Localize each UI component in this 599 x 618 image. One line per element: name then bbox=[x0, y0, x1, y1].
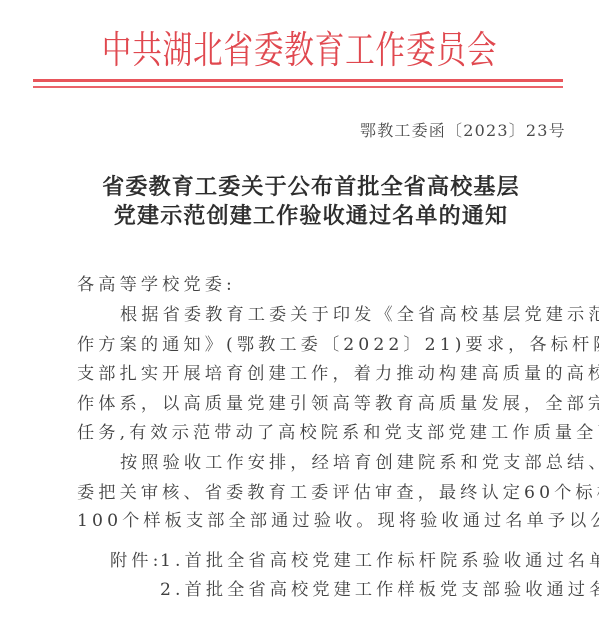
attachment-item-1: 1.首批全省高校党建工作标杆院系验收通过名单 bbox=[160, 546, 599, 576]
letterhead-rule-thick bbox=[33, 79, 563, 82]
document-title-line-2: 党建示范创建工作验收通过名单的通知 bbox=[0, 201, 599, 231]
letterhead-rule-thin bbox=[33, 86, 563, 88]
paragraph-line: 作体系，以高质量党建引领高等教育高质量发展，全部完成创建 bbox=[77, 389, 599, 419]
attachments-label: 附件: bbox=[110, 546, 162, 576]
paragraph-line: 作方案的通知》(鄂教工委〔2022〕21)要求，各标杆院系和样板 bbox=[77, 330, 599, 360]
paragraph-line: 委把关审核、省委教育工委评估审查，最终认定60个标杆院系和 bbox=[77, 478, 599, 508]
paragraph-line: 100个样板支部全部通过验收。现将验收通过名单予以公布。 bbox=[77, 506, 599, 536]
paragraph-line: 任务,有效示范带动了高校院系和党支部党建工作质量全面提升。 bbox=[77, 418, 599, 448]
document-number: 鄂教工委函〔2023〕23号 bbox=[360, 119, 566, 143]
letterhead-text: 中共湖北省委教育工作委员会 bbox=[102, 24, 497, 76]
salutation: 各高等学校党委: bbox=[77, 270, 236, 300]
attachment-item-2: 2.首批全省高校党建工作样板党支部验收通过名单 bbox=[160, 575, 599, 605]
paragraph-line: 根据省委教育工委关于印发《全省高校基层党建示范创建工 bbox=[120, 300, 599, 330]
paragraph-line: 按照验收工作安排，经培育创建院系和党支部总结、高校党 bbox=[120, 448, 599, 478]
document-title-line-1: 省委教育工委关于公布首批全省高校基层 bbox=[0, 172, 599, 202]
letterhead-organization: 中共湖北省委教育工作委员会 bbox=[0, 24, 599, 76]
paragraph-line: 支部扎实开展培育创建工作，着力推动构建高质量的高校党建工 bbox=[77, 359, 599, 389]
